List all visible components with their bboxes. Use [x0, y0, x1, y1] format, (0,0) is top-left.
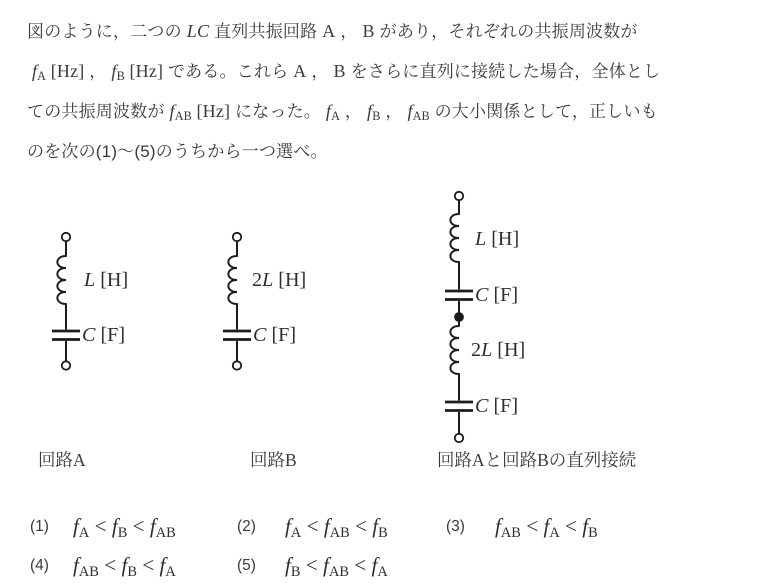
inductor-coil-icon: [450, 326, 459, 374]
inductor-coil-icon: [450, 214, 459, 262]
circuit-ab: [445, 192, 473, 442]
circuit-b-inductor-label: 2L [H]: [252, 268, 306, 293]
circuit-a-inductor-label: L [H]: [84, 268, 128, 293]
circuit-b-capacitor-label: C [F]: [253, 323, 296, 348]
exam-page: 図のように，二つの LC 直列共振回路 A ， B があり，それぞれの共振周波数…: [0, 0, 769, 587]
option-4-number: (4): [30, 551, 49, 581]
circuit-ab-capacitor1-label: C [F]: [475, 283, 518, 308]
option-3-formula: fAB < fA < fB: [495, 511, 598, 544]
option-1-number: (1): [30, 512, 49, 542]
circuit-a-caption: 回路A: [38, 448, 86, 472]
circuit-ab-inductor1-label: L [H]: [475, 227, 519, 252]
terminal-icon: [455, 434, 463, 442]
terminal-icon: [233, 233, 241, 241]
terminal-icon: [62, 361, 70, 369]
capacitor-icon: [52, 331, 80, 340]
circuit-b: [223, 233, 251, 370]
circuit-a-capacitor-label: C [F]: [82, 323, 125, 348]
capacitor-icon: [445, 402, 473, 411]
inductor-coil-icon: [57, 256, 66, 304]
circuit-ab-caption: 回路Aと回路Bの直列接続: [437, 448, 636, 472]
option-3-number: (3): [446, 512, 465, 542]
option-2-number: (2): [237, 512, 256, 542]
circuit-ab-inductor2-label: 2L [H]: [471, 338, 525, 363]
capacitor-icon: [445, 291, 473, 300]
circuit-ab-capacitor2-label: C [F]: [475, 394, 518, 419]
circuit-diagram: [0, 0, 769, 587]
terminal-icon: [62, 233, 70, 241]
circuit-b-caption: 回路B: [250, 448, 297, 472]
option-5-number: (5): [237, 551, 256, 581]
option-5-formula: fB < fAB < fA: [285, 550, 388, 583]
inductor-coil-icon: [228, 256, 237, 304]
option-1-formula: fA < fB < fAB: [73, 511, 176, 544]
circuit-a: [52, 233, 80, 370]
terminal-icon: [455, 192, 463, 200]
capacitor-icon: [223, 331, 251, 340]
option-4-formula: fAB < fB < fA: [73, 550, 176, 583]
terminal-icon: [233, 361, 241, 369]
option-2-formula: fA < fAB < fB: [285, 511, 388, 544]
